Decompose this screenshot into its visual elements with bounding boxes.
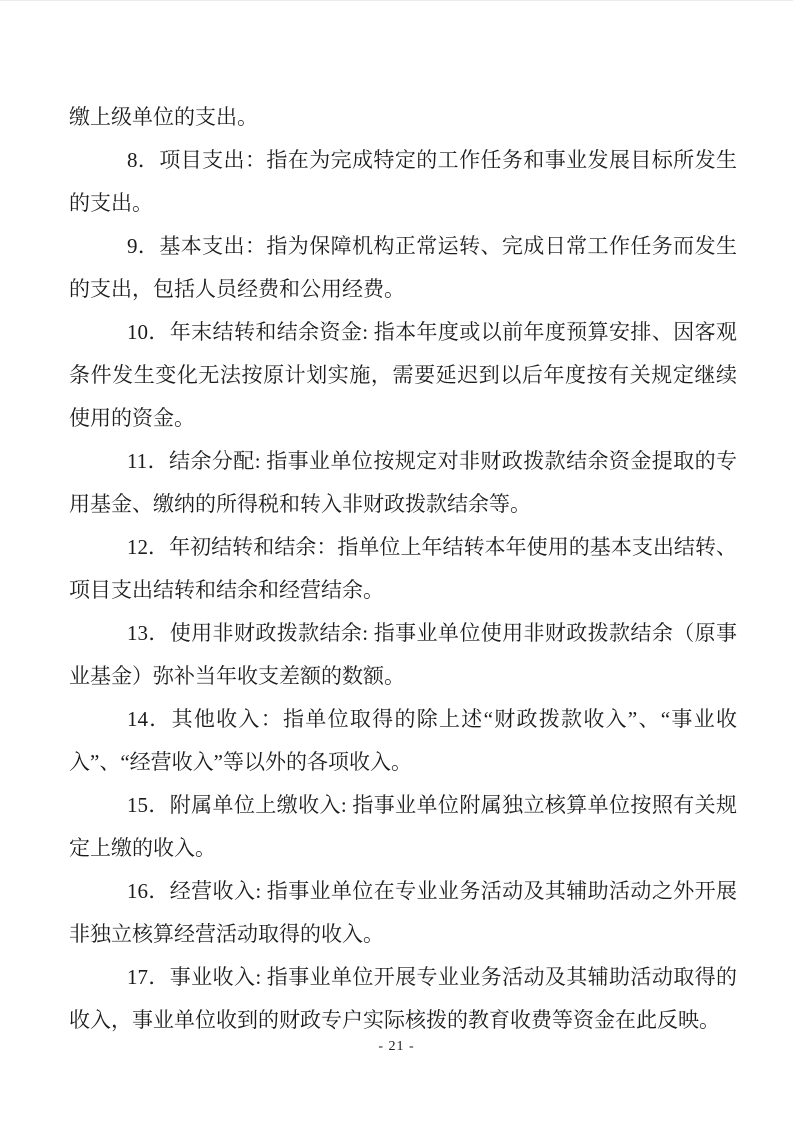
text-line: 17．事业收入: 指事业单位开展专业业务活动及其辅助活动取得的 (69, 956, 737, 999)
paragraph: 14．其他收入：指单位取得的除上述“财政拨款收入”、“事业收入”、“经营收入”等… (69, 698, 737, 784)
text-line: 的支出，包括人员经费和公用经费。 (69, 268, 737, 311)
text-line: 使用的资金。 (69, 397, 737, 440)
text-line: 定上缴的收入。 (69, 827, 737, 870)
paragraph: 缴上级单位的支出。 (69, 96, 737, 139)
text-line: 16．经营收入: 指事业单位在专业业务活动及其辅助活动之外开展 (69, 870, 737, 913)
text-line: 11．结余分配: 指事业单位按规定对非财政拨款结余资金提取的专 (69, 440, 737, 483)
paragraph: 17．事业收入: 指事业单位开展专业业务活动及其辅助活动取得的收入，事业单位收到… (69, 956, 737, 1042)
text-line: 条件发生变化无法按原计划实施，需要延迟到以后年度按有关规定继续 (69, 354, 737, 397)
paragraph: 12．年初结转和结余：指单位上年结转本年使用的基本支出结转、项目支出结转和结余和… (69, 526, 737, 612)
text-line: 14．其他收入：指单位取得的除上述“财政拨款收入”、“事业收 (69, 698, 737, 741)
page-number: - 21 - (0, 1037, 793, 1057)
paragraph: 11．结余分配: 指事业单位按规定对非财政拨款结余资金提取的专用基金、缴纳的所得… (69, 440, 737, 526)
paragraph: 13．使用非财政拨款结余: 指事业单位使用非财政拨款结余（原事业基金）弥补当年收… (69, 612, 737, 698)
text-line: 业基金）弥补当年收支差额的数额。 (69, 655, 737, 698)
paragraph: 10．年末结转和结余资金: 指本年度或以前年度预算安排、因客观条件发生变化无法按… (69, 311, 737, 440)
paragraph: 15．附属单位上缴收入: 指事业单位附属独立核算单位按照有关规定上缴的收入。 (69, 784, 737, 870)
paragraph: 16．经营收入: 指事业单位在专业业务活动及其辅助活动之外开展非独立核算经营活动… (69, 870, 737, 956)
text-line: 用基金、缴纳的所得税和转入非财政拨款结余等。 (69, 483, 737, 526)
text-line: 13．使用非财政拨款结余: 指事业单位使用非财政拨款结余（原事 (69, 612, 737, 655)
document-page: 缴上级单位的支出。8．项目支出：指在为完成特定的工作任务和事业发展目标所发生的支… (0, 0, 793, 1122)
text-line: 8．项目支出：指在为完成特定的工作任务和事业发展目标所发生 (69, 139, 737, 182)
text-line: 入”、“经营收入”等以外的各项收入。 (69, 741, 737, 784)
paragraph: 8．项目支出：指在为完成特定的工作任务和事业发展目标所发生的支出。 (69, 139, 737, 225)
text-line: 9．基本支出：指为保障机构正常运转、完成日常工作任务而发生 (69, 225, 737, 268)
text-line: 收入，事业单位收到的财政专户实际核拨的教育收费等资金在此反映。 (69, 999, 737, 1042)
document-body-text: 缴上级单位的支出。8．项目支出：指在为完成特定的工作任务和事业发展目标所发生的支… (69, 96, 737, 1042)
text-line: 缴上级单位的支出。 (69, 96, 737, 139)
text-line: 的支出。 (69, 182, 737, 225)
paragraph: 9．基本支出：指为保障机构正常运转、完成日常工作任务而发生的支出，包括人员经费和… (69, 225, 737, 311)
text-line: 项目支出结转和结余和经营结余。 (69, 569, 737, 612)
text-line: 12．年初结转和结余：指单位上年结转本年使用的基本支出结转、 (69, 526, 737, 569)
text-line: 15．附属单位上缴收入: 指事业单位附属独立核算单位按照有关规 (69, 784, 737, 827)
text-line: 非独立核算经营活动取得的收入。 (69, 913, 737, 956)
text-line: 10．年末结转和结余资金: 指本年度或以前年度预算安排、因客观 (69, 311, 737, 354)
